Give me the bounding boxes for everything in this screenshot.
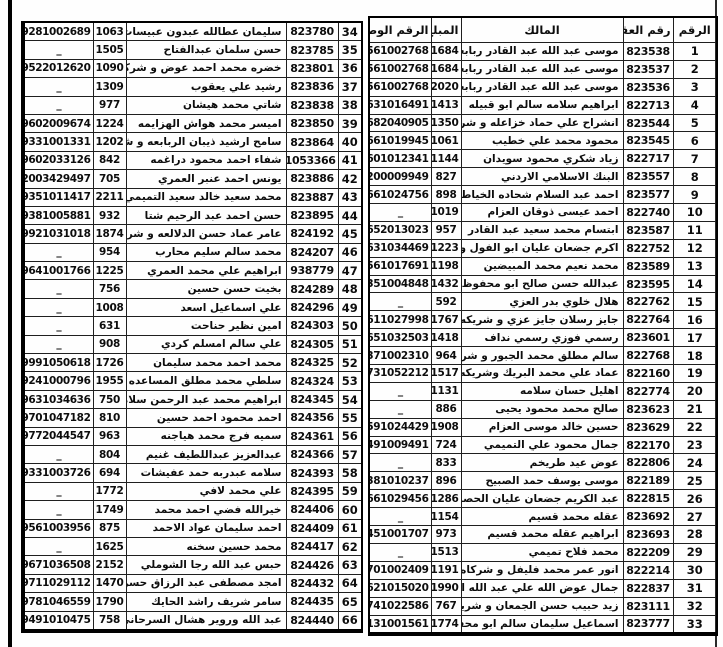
amount-cell: 954: [93, 243, 126, 261]
owner-name-cell: ابتسام محمد سعيد عبد القادر: [461, 221, 623, 239]
row-number-cell: 6: [673, 132, 717, 150]
row-number-cell: 51: [338, 335, 362, 353]
amount-cell: 631: [93, 317, 126, 335]
row-number-cell: 1: [673, 43, 717, 61]
national-id-cell: _: [23, 317, 93, 335]
property-number-cell: 824303: [286, 317, 338, 335]
row-number-cell: 14: [673, 275, 717, 293]
row-number-cell: 54: [338, 390, 362, 408]
table-row: 6823545محمود محمد علي خطيب10619661019945: [369, 132, 717, 150]
property-number-cell: 824361: [286, 427, 338, 445]
property-number-cell: 824406: [286, 501, 338, 519]
owner-name-cell: حسين خالد موسى العزام: [461, 418, 623, 436]
table-row: 8823557البنك الاسلامي الاردني82720000994…: [369, 168, 717, 186]
owner-name-cell: سلطي محمد مطلق المساعده: [126, 372, 286, 390]
row-number-cell: 45: [338, 225, 362, 243]
property-owners-table-2: 34823780سليمان عطالله عبدون عبيسات106392…: [21, 21, 363, 633]
national-id-cell: _: [23, 96, 93, 114]
table-row: 25822189موسى يوسف حمد الصبيح896938101023…: [369, 472, 717, 490]
table-row: 58824393سلامه عبدربه حمد عفيشات694933100…: [23, 464, 362, 482]
owner-name-cell: امين نظير حناحت: [126, 317, 286, 335]
property-number-cell: 823601: [623, 329, 673, 347]
property-number-cell: 824435: [286, 593, 338, 611]
owner-name-cell: حسن سلمان عبدالفتاح: [126, 41, 286, 59]
row-number-cell: 4: [673, 96, 717, 114]
table-row: 51824305علي سالم امسلم كردي908_: [23, 335, 362, 353]
owner-name-cell: عقله محمد قسيم: [461, 508, 623, 526]
table-row: 48824289بخيت حسن حسين756_: [23, 280, 362, 298]
national-id-cell: _: [23, 280, 93, 298]
row-number-cell: 57: [338, 445, 362, 463]
national-id-cell: 9561002768: [369, 43, 431, 61]
property-number-cell: 823864: [286, 133, 338, 151]
amount-cell: 1908: [431, 418, 461, 436]
table-row: 1823538موسى عبد الله عبد القادر ربابعه16…: [369, 43, 717, 61]
row-number-cell: 52: [338, 354, 362, 372]
amount-cell: 756: [93, 280, 126, 298]
table-row: 2823537موسى عبد الله عبد القادر ربابعه16…: [369, 60, 717, 78]
national-id-cell: 9701002409: [369, 561, 431, 579]
table-row: 7822717زياد شكري محمود سويدان11449601012…: [369, 150, 717, 168]
national-id-cell: _: [23, 501, 93, 519]
table-row: 27823692عقله محمد قسيم1154_: [369, 508, 717, 526]
national-id-cell: 9661029456: [369, 490, 431, 508]
row-number-cell: 36: [338, 59, 362, 77]
national-id-cell: 9651032503: [369, 329, 431, 347]
row-number-cell: 21: [673, 400, 717, 418]
national-id-cell: 9381005881: [23, 206, 93, 224]
amount-cell: 1874: [93, 225, 126, 243]
property-number-cell: 823693: [623, 526, 673, 544]
amount-cell: 2020: [431, 78, 461, 96]
table-row: 33823777اسماعيل سليمان سالم ابو محفوظ و …: [369, 615, 717, 634]
row-number-cell: 48: [338, 280, 362, 298]
row-number-cell: 35: [338, 41, 362, 59]
amount-cell: 804: [93, 445, 126, 463]
property-number-cell: 823589: [623, 257, 673, 275]
row-number-cell: 27: [673, 508, 717, 526]
table-row: 3823536موسى عبد الله عبد القادر ربابعه20…: [369, 78, 717, 96]
property-number-cell: 824395: [286, 482, 338, 500]
header-owner: المالك: [461, 17, 623, 43]
owner-name-cell: هلال خلوي بدر العزي: [461, 293, 623, 311]
row-number-cell: 17: [673, 329, 717, 347]
property-number-cell: 824296: [286, 298, 338, 316]
owner-name-cell: عبد الله وروير هشال السرحاني: [126, 611, 286, 631]
table-row: 20822774اهليل حسان سلامه1131_: [369, 382, 717, 400]
scan-edge-bar: [8, 0, 12, 647]
amount-cell: 1470: [93, 574, 126, 592]
table-row: 5823544انشراح علي حماد خزاعله و شريكتها1…: [369, 114, 717, 132]
national-id-cell: 9522012620: [23, 59, 93, 77]
national-id-cell: _: [23, 445, 93, 463]
owner-name-cell: موسى يوسف حمد الصبيح: [461, 472, 623, 490]
amount-cell: 1749: [93, 501, 126, 519]
owner-name-cell: سالم مطلق محمد الجبور و شريكه: [461, 347, 623, 365]
table-row: 15822762هلال خلوي بدر العزي592_: [369, 293, 717, 311]
table-row: 10822740احمد عيسى ذوقان العزام1019_: [369, 204, 717, 222]
property-number-cell: 822768: [623, 347, 673, 365]
property-number-cell: 822189: [623, 472, 673, 490]
row-number-cell: 16: [673, 311, 717, 329]
table-row: 19822160عماد علي محمد البريك وشريكه15179…: [369, 365, 717, 383]
owner-name-cell: علي اسماعيل اسعد: [126, 298, 286, 316]
amount-cell: 1144: [431, 150, 461, 168]
national-id-cell: _: [23, 335, 93, 353]
property-number-cell: 823801: [286, 59, 338, 77]
amount-cell: 1513: [431, 543, 461, 561]
table-row: 53824324سلطي محمد مطلق المساعده195592410…: [23, 372, 362, 390]
owner-name-cell: موسى عبد الله عبد القادر ربابعه: [461, 43, 623, 61]
row-number-cell: 53: [338, 372, 362, 390]
property-number-cell: 822752: [623, 239, 673, 257]
amount-cell: 705: [93, 170, 126, 188]
table-row: 56824361سميه فرج محمد هياجنه963977204454…: [23, 427, 362, 445]
amount-cell: 1090: [93, 59, 126, 77]
table-row: 29822209محمد فلاح تميمي1513_: [369, 543, 717, 561]
row-number-cell: 46: [338, 243, 362, 261]
property-number-cell: 824345: [286, 390, 338, 408]
row-number-cell: 33: [673, 615, 717, 634]
amount-cell: 1350: [431, 114, 461, 132]
row-number-cell: 15: [673, 293, 717, 311]
row-number-cell: 5: [673, 114, 717, 132]
national-id-cell: 9641001766: [23, 262, 93, 280]
property-number-cell: 822713: [623, 96, 673, 114]
owner-name-cell: البنك الاسلامي الاردني: [461, 168, 623, 186]
table-row: 63824426حبس عبد الله رجا الشوملي21529671…: [23, 556, 362, 574]
national-id-cell: 9741022586: [369, 597, 431, 615]
national-id-cell: _: [23, 482, 93, 500]
table-row: 32823111زيد حبيب حسن الجمعان و شريكه7679…: [369, 597, 717, 615]
owner-name-cell: ابراهيم عقله محمد قسيم: [461, 526, 623, 544]
national-id-cell: 9131001561: [369, 615, 431, 634]
row-number-cell: 49: [338, 298, 362, 316]
table-row: 65824435سامر شريف راشد الحايك17909781046…: [23, 593, 362, 611]
row-number-cell: 8: [673, 168, 717, 186]
row-number-cell: 64: [338, 574, 362, 592]
property-number-cell: 822209: [623, 543, 673, 561]
national-id-cell: 9331003726: [23, 464, 93, 482]
property-number-cell: 21053366: [286, 151, 338, 169]
owner-name-cell: اسماعيل سليمان سالم ابو محفوظ و شريكه: [461, 615, 623, 634]
row-number-cell: 63: [338, 556, 362, 574]
national-id-cell: 9561003956: [23, 519, 93, 537]
table-row: 55824356احمد محمود احمد حسين810970104718…: [23, 409, 362, 427]
amount-cell: 1774: [431, 615, 461, 634]
row-number-cell: 37: [338, 78, 362, 96]
owner-name-cell: صالح محمد محمود يحيى: [461, 400, 623, 418]
table-row: 46824207محمد سالم سليم محارب954_: [23, 243, 362, 261]
amount-cell: 964: [431, 347, 461, 365]
amount-cell: 1790: [93, 593, 126, 611]
national-id-cell: 9671036508: [23, 556, 93, 574]
owner-name-cell: جمال محمود علي التميمي: [461, 436, 623, 454]
national-id-cell: _: [23, 41, 93, 59]
amount-cell: 1990: [431, 579, 461, 597]
owner-name-cell: امجد مصطفى عبد الرزاق حسن: [126, 574, 286, 592]
header-property-number: رقم العقار: [623, 17, 673, 43]
amount-cell: 1625: [93, 537, 126, 555]
table-row: 50824303امين نظير حناحت631_: [23, 317, 362, 335]
amount-cell: 957: [431, 221, 461, 239]
national-id-cell: 9371002310: [369, 347, 431, 365]
table-row: 16822764جايز رسلان جايز عزي و شريكه17679…: [369, 311, 717, 329]
table-row: 14823595عبدالله حسن صالح ابو محفوظ143293…: [369, 275, 717, 293]
property-number-cell: 822740: [623, 204, 673, 222]
national-id-cell: 9602033126: [23, 151, 93, 169]
owner-name-cell: احمد عبد السلام شحاده الخياط و شريكه: [461, 186, 623, 204]
table-row: 57824366عبدالعزيز عبداللطيف غنيم804_: [23, 445, 362, 463]
table-row: 17823601رسمي فوزي رسمي نداف1418965103250…: [369, 329, 717, 347]
table-row: 47938779ابراهيم علي محمد العمري122596410…: [23, 262, 362, 280]
row-number-cell: 10: [673, 204, 717, 222]
property-number-cell: 823544: [623, 114, 673, 132]
property-number-cell: 824289: [286, 280, 338, 298]
row-number-cell: 20: [673, 382, 717, 400]
national-id-cell: 9772044547: [23, 427, 93, 445]
amount-cell: 1432: [431, 275, 461, 293]
property-number-cell: 823692: [623, 508, 673, 526]
owner-name-cell: محمد فلاح تميمي: [461, 543, 623, 561]
amount-cell: 1202: [93, 133, 126, 151]
property-number-cell: 823785: [286, 41, 338, 59]
table-row: 30822214انور عمر محمد فليفل و شركاه11919…: [369, 561, 717, 579]
amount-cell: 810: [93, 409, 126, 427]
amount-cell: 842: [93, 151, 126, 169]
table-row: 36823801خضره محمد احمد عوض و شركاها10909…: [23, 59, 362, 77]
national-id-cell: 9991050618: [23, 354, 93, 372]
national-id-cell: _: [369, 382, 431, 400]
amount-cell: 898: [431, 186, 461, 204]
table-row: 42823886يونس احمد عنبر العمري70520034294…: [23, 170, 362, 188]
row-number-cell: 60: [338, 501, 362, 519]
amount-cell: 908: [93, 335, 126, 353]
owner-name-cell: محمد نعيم محمد المبيضين: [461, 257, 623, 275]
row-number-cell: 39: [338, 114, 362, 132]
row-number-cell: 65: [338, 593, 362, 611]
row-number-cell: 23: [673, 436, 717, 454]
row-number-cell: 62: [338, 537, 362, 555]
national-id-cell: 9631016491: [369, 96, 431, 114]
table-row: 49824296علي اسماعيل اسعد1008_: [23, 298, 362, 316]
owner-name-cell: احمد سليمان عواد الاحمد: [126, 519, 286, 537]
owner-name-cell: شفاء احمد محمود دراغمه: [126, 151, 286, 169]
owner-name-cell: محمد سعيد خالد سعيد التميمي: [126, 188, 286, 206]
table-row: 59824395علي محمد لافي1772_: [23, 482, 362, 500]
header-amount: المبلغ: [431, 17, 461, 43]
property-number-cell: 824440: [286, 611, 338, 631]
row-number-cell: 2: [673, 60, 717, 78]
table-row: 13823589محمد نعيم محمد المبيضين119895610…: [369, 257, 717, 275]
national-id-cell: 9351011417: [23, 188, 93, 206]
row-number-cell: 31: [673, 579, 717, 597]
owner-name-cell: عامر عماد حسن الدلالعه و شركاه: [126, 225, 286, 243]
table-row: 37823836رشيد علي يعقوب1309_: [23, 78, 362, 96]
national-id-cell: 9711029112: [23, 574, 93, 592]
owner-name-cell: سامح ارشيد ذيبان الربابعه و شريكه: [126, 133, 286, 151]
amount-cell: 1413: [431, 96, 461, 114]
row-number-cell: 25: [673, 472, 717, 490]
amount-cell: 724: [431, 436, 461, 454]
row-number-cell: 34: [338, 22, 362, 41]
national-id-cell: 9731052212: [369, 365, 431, 383]
property-number-cell: 824409: [286, 519, 338, 537]
property-number-cell: 824432: [286, 574, 338, 592]
scanned-document-page: الرقم رقم العقار المالك المبلغ الرقم الو…: [0, 0, 723, 647]
amount-cell: 750: [93, 390, 126, 408]
property-number-cell: 824324: [286, 372, 338, 390]
owner-name-cell: سليمان عطالله عبدون عبيسات: [126, 22, 286, 41]
amount-cell: 1063: [93, 22, 126, 41]
table-row: 18822768سالم مطلق محمد الجبور و شريكه964…: [369, 347, 717, 365]
property-number-cell: 823886: [286, 170, 338, 188]
amount-cell: 1154: [431, 508, 461, 526]
amount-cell: 875: [93, 519, 126, 537]
owner-name-cell: عبدالله حسن صالح ابو محفوظ: [461, 275, 623, 293]
property-number-cell: 822815: [623, 490, 673, 508]
property-number-cell: 823777: [623, 615, 673, 634]
amount-cell: 1223: [431, 239, 461, 257]
owner-name-cell: محمود محمد علي خطيب: [461, 132, 623, 150]
row-number-cell: 32: [673, 597, 717, 615]
national-id-cell: _: [369, 204, 431, 222]
table-row: 64824432امجد مصطفى عبد الرزاق حسن1470971…: [23, 574, 362, 592]
amount-cell: 1224: [93, 114, 126, 132]
row-number-cell: 12: [673, 239, 717, 257]
row-number-cell: 43: [338, 188, 362, 206]
row-number-cell: 42: [338, 170, 362, 188]
table-row: 45824192عامر عماد حسن الدلالعه و شركاه18…: [23, 225, 362, 243]
amount-cell: 973: [431, 526, 461, 544]
table-row: 34823780سليمان عطالله عبدون عبيسات106392…: [23, 22, 362, 41]
property-number-cell: 823623: [623, 400, 673, 418]
owner-name-cell: عبدالعزيز عبداللطيف غنيم: [126, 445, 286, 463]
property-number-cell: 823577: [623, 186, 673, 204]
national-id-cell: 9281002689: [23, 22, 93, 41]
property-number-cell: 823838: [286, 96, 338, 114]
table-row: 26822815عبد الكريم جضعان عليان الحصني128…: [369, 490, 717, 508]
owner-name-cell: سامر شريف راشد الحايك: [126, 593, 286, 611]
owner-name-cell: احمد محمود احمد حسين: [126, 409, 286, 427]
row-number-cell: 38: [338, 96, 362, 114]
amount-cell: 896: [431, 472, 461, 490]
amount-cell: 1061: [431, 132, 461, 150]
owner-name-cell: جمال عوض الله علي عبد الله ابو محفوظ: [461, 579, 623, 597]
owner-name-cell: محمد سالم سليم محارب: [126, 243, 286, 261]
national-id-cell: 9921031018: [23, 225, 93, 243]
property-number-cell: 823595: [623, 275, 673, 293]
property-number-cell: 822762: [623, 293, 673, 311]
amount-cell: 1225: [93, 262, 126, 280]
property-number-cell: 824356: [286, 409, 338, 427]
table-row: 21823623صالح محمد محمود يحيى886_: [369, 400, 717, 418]
row-number-cell: 41: [338, 151, 362, 169]
owner-name-cell: جايز رسلان جايز عزي و شريكه: [461, 311, 623, 329]
table-row: 54824345ابراهيم محمد عبد الرحمن سلامه750…: [23, 390, 362, 408]
national-id-cell: 9451001707: [369, 526, 431, 544]
property-number-cell: 823587: [623, 221, 673, 239]
national-id-cell: 9491010475: [23, 611, 93, 631]
owner-name-cell: خضره محمد احمد عوض و شركاها: [126, 59, 286, 77]
table-row: 4121053366شفاء احمد محمود دراغمه84296020…: [23, 151, 362, 169]
national-id-cell: 9652013023: [369, 221, 431, 239]
amount-cell: 1684: [431, 60, 461, 78]
owner-name-cell: زيد حبيب حسن الجمعان و شريكه: [461, 597, 623, 615]
amount-cell: 1019: [431, 204, 461, 222]
table-row: 43823887محمد سعيد خالد سعيد التميمي22119…: [23, 188, 362, 206]
row-number-cell: 47: [338, 262, 362, 280]
header-row-number: الرقم: [673, 17, 717, 43]
national-id-cell: 9601012341: [369, 150, 431, 168]
property-number-cell: 822764: [623, 311, 673, 329]
national-id-cell: 9561002768: [369, 78, 431, 96]
row-number-cell: 66: [338, 611, 362, 631]
amount-cell: 1008: [93, 298, 126, 316]
national-id-cell: _: [369, 400, 431, 418]
amount-cell: 833: [431, 454, 461, 472]
amount-cell: 2211: [93, 188, 126, 206]
property-number-cell: 824305: [286, 335, 338, 353]
amount-cell: 1131: [431, 382, 461, 400]
national-id-cell: 9661019945: [369, 132, 431, 150]
property-number-cell: 824192: [286, 225, 338, 243]
row-number-cell: 55: [338, 409, 362, 427]
amount-cell: 592: [431, 293, 461, 311]
national-id-cell: 9491009491: [369, 436, 431, 454]
owner-name-cell: رسمي فوزي رسمي نداف: [461, 329, 623, 347]
property-number-cell: 822170: [623, 436, 673, 454]
row-number-cell: 19: [673, 365, 717, 383]
national-id-cell: _: [23, 243, 93, 261]
national-id-cell: 9561017691: [369, 257, 431, 275]
national-id-cell: 9602009674: [23, 114, 93, 132]
property-number-cell: 823895: [286, 206, 338, 224]
owner-name-cell: موسى عبد الله عبد القادر ربابعه: [461, 60, 623, 78]
national-id-cell: 9631034469: [369, 239, 431, 257]
amount-cell: 1418: [431, 329, 461, 347]
national-id-cell: 9621015020: [369, 579, 431, 597]
row-number-cell: 56: [338, 427, 362, 445]
property-number-cell: 823836: [286, 78, 338, 96]
owner-name-cell: شاتي محمد هيشان: [126, 96, 286, 114]
row-number-cell: 26: [673, 490, 717, 508]
header-national-id: الرقم الوطني: [369, 17, 431, 43]
amount-cell: 1309: [93, 78, 126, 96]
row-number-cell: 58: [338, 464, 362, 482]
property-number-cell: 823780: [286, 22, 338, 41]
table-row: 66824440عبد الله وروير هشال السرحاني7589…: [23, 611, 362, 631]
table-row: 9823577احمد عبد السلام شحاده الخياط و شر…: [369, 186, 717, 204]
amount-cell: 963: [93, 427, 126, 445]
national-id-cell: 9561002768: [369, 60, 431, 78]
property-owners-table-1: الرقم رقم العقار المالك المبلغ الرقم الو…: [368, 16, 718, 636]
table-row: 35823785حسن سلمان عبدالفتاح1505_: [23, 41, 362, 59]
national-id-cell: _: [23, 78, 93, 96]
national-id-cell: _: [369, 454, 431, 472]
national-id-cell: 200009949: [369, 168, 431, 186]
property-number-cell: 822160: [623, 365, 673, 383]
national-id-cell: 9351004848: [369, 275, 431, 293]
row-number-cell: 9: [673, 186, 717, 204]
amount-cell: 1198: [431, 257, 461, 275]
owner-name-cell: حسن احمد عبد الرحيم شتا: [126, 206, 286, 224]
row-number-cell: 11: [673, 221, 717, 239]
row-number-cell: 61: [338, 519, 362, 537]
row-number-cell: 3: [673, 78, 717, 96]
national-id-cell: _: [23, 298, 93, 316]
owner-name-cell: ابراهيم محمد عبد الرحمن سلامه: [126, 390, 286, 408]
